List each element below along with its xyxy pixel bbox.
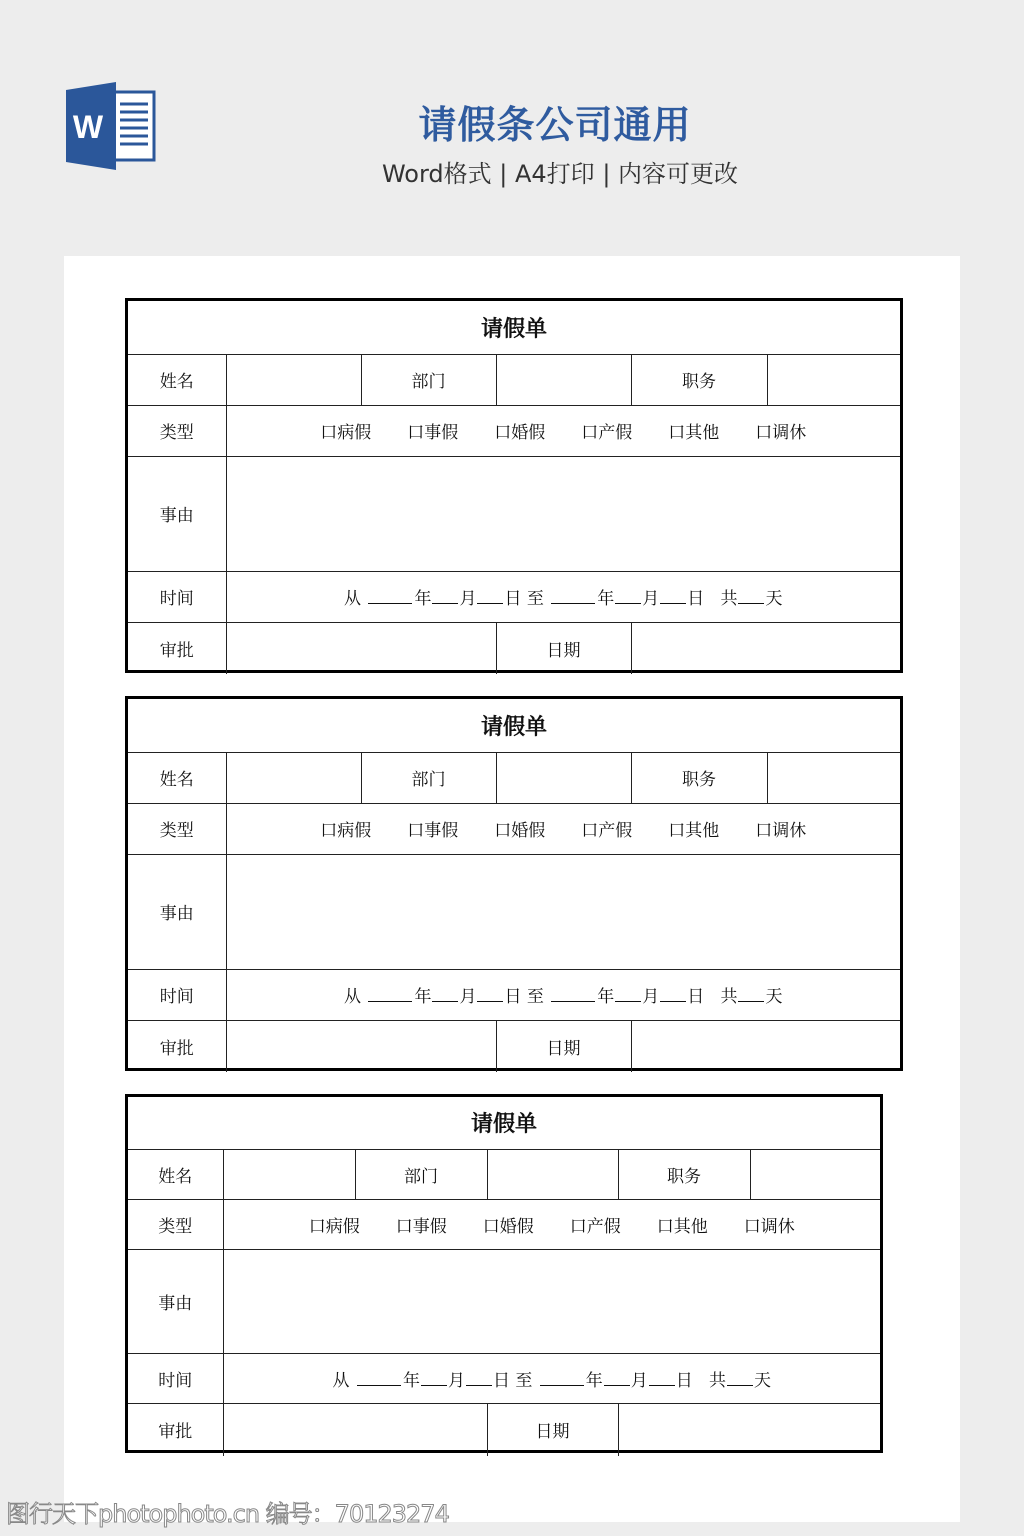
end-month-blank[interactable] xyxy=(615,590,641,604)
leave-form-1: 请假单 姓名 部门 职务 类型 口病假 口事假 口婚假 口产假 口其他 口调休 xyxy=(125,298,903,673)
name-field[interactable] xyxy=(223,1149,355,1199)
from-text: 从 xyxy=(333,1371,350,1391)
type-options: 口病假 口事假 口婚假 口产假 口其他 口调休 xyxy=(223,1199,880,1249)
time-label: 时间 xyxy=(128,571,226,622)
type-option-compensatory[interactable]: 口调休 xyxy=(755,418,806,443)
reason-label: 事由 xyxy=(128,854,226,969)
total-days-blank[interactable] xyxy=(738,590,764,604)
year-text: 年 xyxy=(597,987,614,1007)
type-label: 类型 xyxy=(128,1199,223,1249)
day-text: 日 xyxy=(504,589,521,609)
type-option-compensatory[interactable]: 口调休 xyxy=(744,1212,795,1237)
approval-label: 审批 xyxy=(128,1403,223,1456)
type-option-maternity[interactable]: 口产假 xyxy=(581,816,632,841)
type-options: 口病假 口事假 口婚假 口产假 口其他 口调休 xyxy=(226,803,900,854)
type-option-sick[interactable]: 口病假 xyxy=(309,1212,360,1237)
type-option-personal[interactable]: 口事假 xyxy=(396,1212,447,1237)
type-label: 类型 xyxy=(128,405,226,456)
position-field[interactable] xyxy=(750,1149,880,1199)
time-field[interactable]: 从 年月日 至 年月日 共天 xyxy=(226,969,900,1020)
approval-label: 审批 xyxy=(128,1020,226,1072)
date-label: 日期 xyxy=(487,1403,618,1456)
dept-field[interactable] xyxy=(496,752,631,803)
month-text: 月 xyxy=(459,987,476,1007)
form-title: 请假单 xyxy=(128,1097,880,1149)
position-field[interactable] xyxy=(767,752,900,803)
name-field[interactable] xyxy=(226,354,361,405)
time-label: 时间 xyxy=(128,969,226,1020)
dept-label: 部门 xyxy=(361,752,496,803)
date-field[interactable] xyxy=(631,622,900,674)
type-option-personal[interactable]: 口事假 xyxy=(407,418,458,443)
month-text: 月 xyxy=(631,1371,648,1391)
month-text: 月 xyxy=(448,1371,465,1391)
approval-field[interactable] xyxy=(226,622,496,674)
year-text: 年 xyxy=(414,589,431,609)
approval-field[interactable] xyxy=(223,1403,487,1456)
day-text: 日 xyxy=(687,987,704,1007)
approval-field[interactable] xyxy=(226,1020,496,1072)
position-label: 职务 xyxy=(631,354,767,405)
dept-label: 部门 xyxy=(361,354,496,405)
time-field[interactable]: 从 年月日 至 年月日 共天 xyxy=(226,571,900,622)
date-label: 日期 xyxy=(496,1020,631,1072)
month-text: 月 xyxy=(642,589,659,609)
year-text: 年 xyxy=(597,589,614,609)
type-option-other[interactable]: 口其他 xyxy=(657,1212,708,1237)
end-day-blank[interactable] xyxy=(660,590,686,604)
page-title: 请假条公司通用 xyxy=(380,94,730,149)
type-option-sick[interactable]: 口病假 xyxy=(320,418,371,443)
position-field[interactable] xyxy=(767,354,900,405)
date-field[interactable] xyxy=(631,1020,900,1072)
start-year-blank[interactable] xyxy=(368,988,412,1002)
to-text: 至 xyxy=(515,1371,532,1391)
type-option-marriage[interactable]: 口婚假 xyxy=(483,1212,534,1237)
start-day-blank[interactable] xyxy=(477,988,503,1002)
month-text: 月 xyxy=(459,589,476,609)
end-month-blank[interactable] xyxy=(604,1372,630,1386)
type-options: 口病假 口事假 口婚假 口产假 口其他 口调休 xyxy=(226,405,900,456)
type-option-other[interactable]: 口其他 xyxy=(668,418,719,443)
date-field[interactable] xyxy=(618,1403,880,1456)
svg-text:W: W xyxy=(73,109,104,145)
start-year-blank[interactable] xyxy=(368,590,412,604)
total-text: 共 xyxy=(720,589,737,609)
total-days-blank[interactable] xyxy=(738,988,764,1002)
year-text: 年 xyxy=(586,1371,603,1391)
start-month-blank[interactable] xyxy=(432,988,458,1002)
end-year-blank[interactable] xyxy=(551,988,595,1002)
start-month-blank[interactable] xyxy=(421,1372,447,1386)
type-option-marriage[interactable]: 口婚假 xyxy=(494,816,545,841)
total-text: 共 xyxy=(720,987,737,1007)
end-day-blank[interactable] xyxy=(649,1372,675,1386)
reason-field[interactable] xyxy=(223,1249,880,1353)
year-text: 年 xyxy=(403,1371,420,1391)
reason-label: 事由 xyxy=(128,456,226,571)
header: W 请假条公司通用 Word格式 | A4打印 | 内容可更改 xyxy=(0,0,1024,256)
type-option-other[interactable]: 口其他 xyxy=(668,816,719,841)
approval-label: 审批 xyxy=(128,622,226,674)
leave-form-3: 请假单 姓名 部门 职务 类型 口病假 口事假 口婚假 口产假 口其他 口调休 xyxy=(125,1094,883,1453)
from-text: 从 xyxy=(344,589,361,609)
form-title: 请假单 xyxy=(128,301,900,354)
to-text: 至 xyxy=(527,987,544,1007)
reason-field[interactable] xyxy=(226,456,900,571)
end-year-blank[interactable] xyxy=(540,1372,584,1386)
year-text: 年 xyxy=(414,987,431,1007)
name-label: 姓名 xyxy=(128,354,226,405)
days-text: 天 xyxy=(765,589,782,609)
position-label: 职务 xyxy=(618,1149,750,1199)
day-text: 日 xyxy=(493,1371,510,1391)
days-text: 天 xyxy=(765,987,782,1007)
type-option-personal[interactable]: 口事假 xyxy=(407,816,458,841)
type-label: 类型 xyxy=(128,803,226,854)
dept-field[interactable] xyxy=(487,1149,618,1199)
date-label: 日期 xyxy=(496,622,631,674)
day-text: 日 xyxy=(504,987,521,1007)
type-option-maternity[interactable]: 口产假 xyxy=(570,1212,621,1237)
name-label: 姓名 xyxy=(128,1149,223,1199)
start-day-blank[interactable] xyxy=(477,590,503,604)
day-text: 日 xyxy=(687,589,704,609)
month-text: 月 xyxy=(642,987,659,1007)
reason-field[interactable] xyxy=(226,854,900,969)
name-field[interactable] xyxy=(226,752,361,803)
end-year-blank[interactable] xyxy=(551,590,595,604)
type-option-sick[interactable]: 口病假 xyxy=(320,816,371,841)
day-text: 日 xyxy=(676,1371,693,1391)
days-text: 天 xyxy=(754,1371,771,1391)
type-option-compensatory[interactable]: 口调休 xyxy=(755,816,806,841)
time-field[interactable]: 从 年月日 至 年月日 共天 xyxy=(223,1353,880,1403)
page-subtitle: Word格式 | A4打印 | 内容可更改 xyxy=(350,154,770,189)
start-day-blank[interactable] xyxy=(466,1372,492,1386)
end-day-blank[interactable] xyxy=(660,988,686,1002)
time-label: 时间 xyxy=(128,1353,223,1403)
watermark: 图行天下photophoto.cn 编号：70123274 xyxy=(6,1494,449,1529)
dept-label: 部门 xyxy=(355,1149,487,1199)
start-month-blank[interactable] xyxy=(432,590,458,604)
leave-form-2: 请假单 姓名 部门 职务 类型 口病假 口事假 口婚假 口产假 口其他 口调休 xyxy=(125,696,903,1071)
from-text: 从 xyxy=(344,987,361,1007)
end-month-blank[interactable] xyxy=(615,988,641,1002)
form-title: 请假单 xyxy=(128,699,900,752)
to-text: 至 xyxy=(527,589,544,609)
reason-label: 事由 xyxy=(128,1249,223,1353)
start-year-blank[interactable] xyxy=(357,1372,401,1386)
total-text: 共 xyxy=(709,1371,726,1391)
word-document-icon: W xyxy=(64,80,156,172)
dept-field[interactable] xyxy=(496,354,631,405)
type-option-maternity[interactable]: 口产假 xyxy=(581,418,632,443)
total-days-blank[interactable] xyxy=(727,1372,753,1386)
type-option-marriage[interactable]: 口婚假 xyxy=(494,418,545,443)
position-label: 职务 xyxy=(631,752,767,803)
name-label: 姓名 xyxy=(128,752,226,803)
